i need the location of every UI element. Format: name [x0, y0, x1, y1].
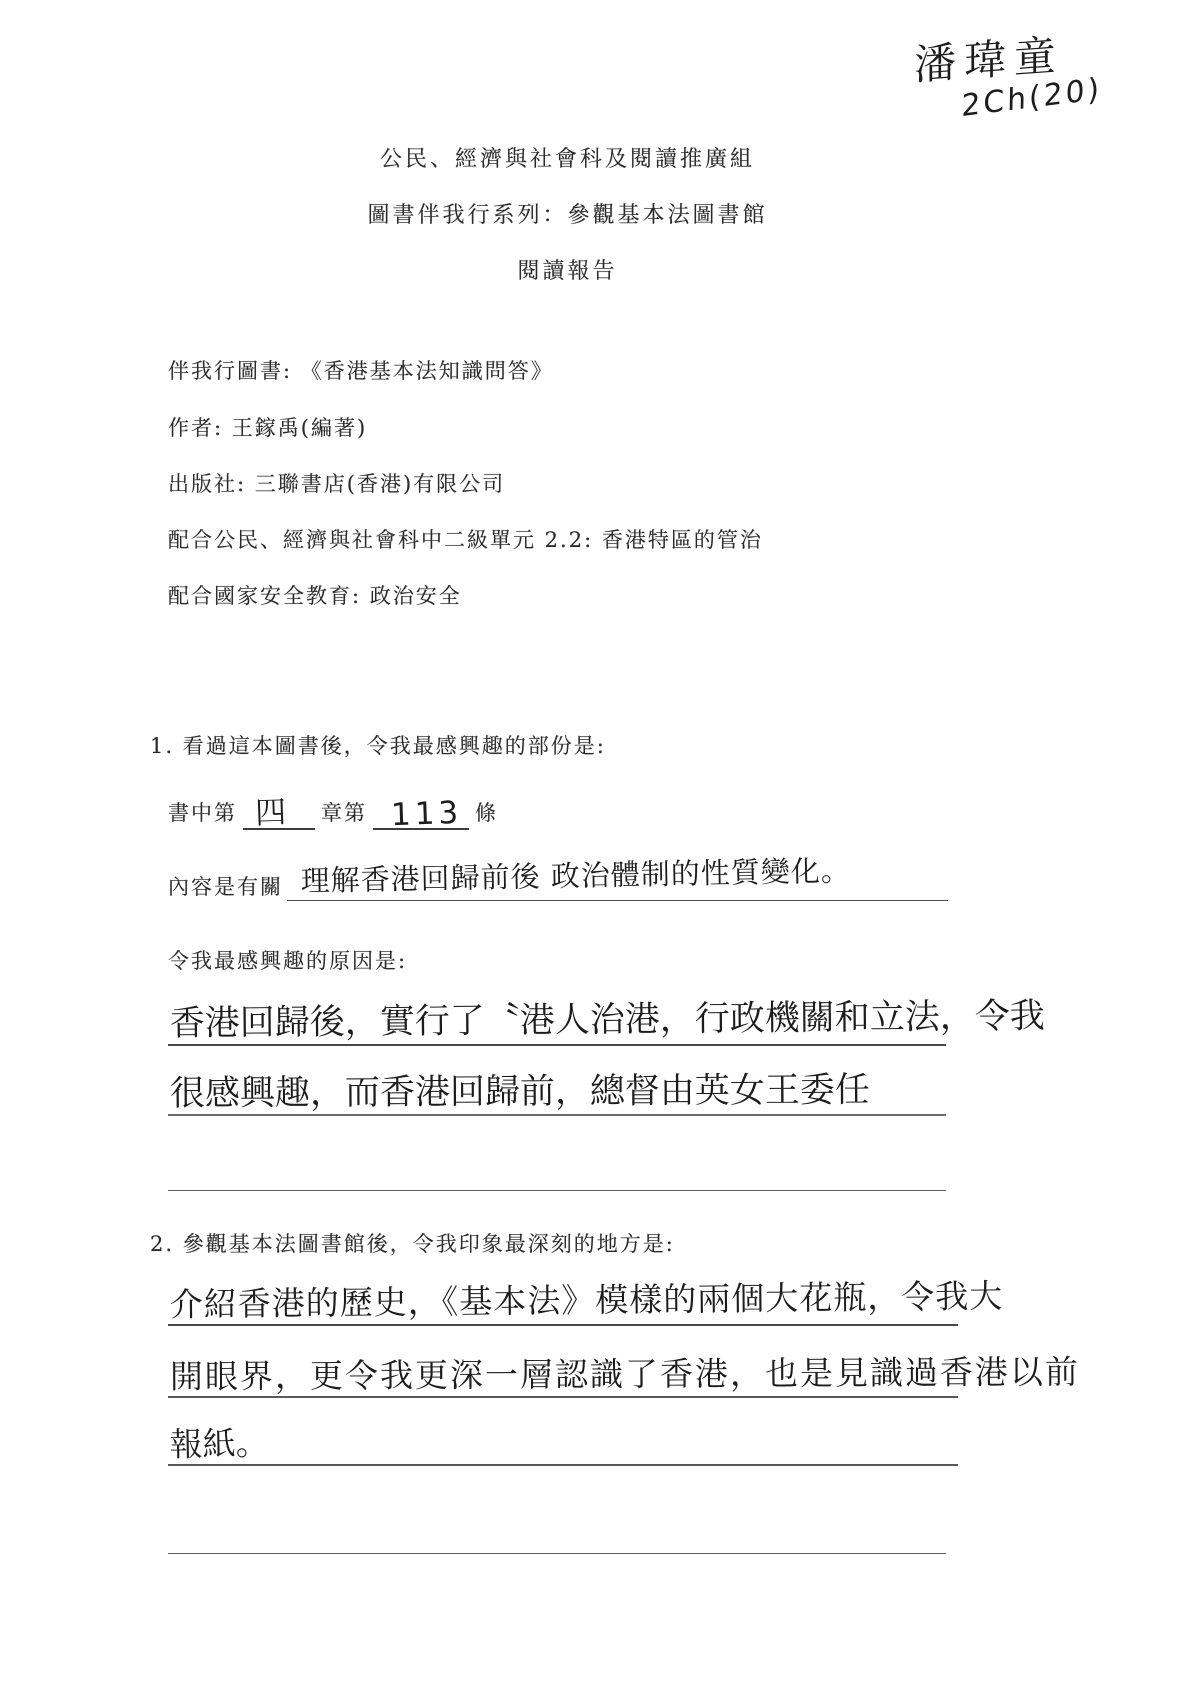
reason-handwriting-2: 很感興趣，而香港回歸前，總督由英女王委任 — [170, 1062, 870, 1116]
publisher-line: 出版社: 三聯書店(香港)有限公司 — [168, 468, 505, 498]
book-title-line: 伴我行圖書: 《香港基本法知識問答》 — [168, 355, 554, 385]
chapter-handwritten-value: 四 — [254, 786, 287, 832]
curriculum-unit-line: 配合公民、經濟與社會科中二級單元 2.2: 香港特區的管治 — [168, 524, 763, 554]
content-label: 內容是有關 — [168, 873, 283, 901]
q2-handwriting-1: 介紹香港的歷史，《基本法》模樣的兩個大花瓶，令我大 — [170, 1270, 1004, 1326]
reason-answer-line-1: 香港回歸後，實行了〝港人治港，行政機關和立法，令我 — [168, 992, 946, 1046]
header-department-line: 公民、經濟與社會科及閱讀推廣組 — [0, 142, 1135, 173]
article-blank-field: 113 — [373, 788, 469, 830]
chapter-label-mid: 章第 — [321, 796, 367, 830]
question-2-prompt: 2. 參觀基本法圖書館後，令我印象最深刻的地方是: — [150, 1228, 675, 1258]
empty-answer-rule-1 — [168, 1190, 946, 1191]
author-line: 作者: 王鎵禹(編著) — [168, 412, 367, 442]
scanned-reading-report-page: 潘瑋童 2Ch(20) 公民、經濟與社會科及閱讀推廣組 圖書伴我行系列：參觀基本… — [0, 0, 1202, 1700]
page-title-reading-report: 閱讀報告 — [0, 254, 1135, 285]
empty-answer-rule-2 — [168, 1553, 946, 1554]
header-series-line: 圖書伴我行系列：參觀基本法圖書館 — [0, 198, 1135, 229]
q2-answer-line-3: 報紙。 — [168, 1408, 958, 1466]
content-blank-field: 理解香港回歸前後 政治體制的性質變化。 — [287, 848, 948, 901]
question-1-prompt: 1. 看過這本圖書後，令我最感興趣的部份是: — [150, 730, 606, 760]
reason-answer-line-2: 很感興趣，而香港回歸前，總督由英女王委任 — [168, 1060, 946, 1116]
chapter-blank-field: 四 — [243, 788, 315, 830]
reason-label: 令我最感興趣的原因是: — [168, 945, 407, 975]
q2-handwriting-2: 開眼界，更令我更深一層認識了香港，也是見識過香港以前 — [170, 1346, 1080, 1398]
chapter-article-row: 書中第 四 章第 113 條 — [168, 788, 498, 830]
reason-handwriting-1: 香港回歸後，實行了〝港人治港，行政機關和立法，令我 — [170, 988, 1045, 1046]
article-handwritten-value: 113 — [390, 795, 462, 833]
q2-handwriting-3: 報紙。 — [169, 1417, 269, 1466]
national-security-education-line: 配合國家安全教育: 政治安全 — [168, 580, 462, 610]
student-signature-block: 潘瑋童 2Ch(20) — [912, 20, 1104, 124]
q2-answer-line-2: 開眼界，更令我更深一層認識了香港，也是見識過香港以前 — [168, 1338, 958, 1398]
chapter-label-post: 條 — [475, 796, 498, 830]
chapter-label-pre: 書中第 — [168, 796, 237, 830]
content-about-row: 內容是有關 理解香港回歸前後 政治體制的性質變化。 — [168, 848, 948, 901]
content-handwritten-answer: 理解香港回歸前後 政治體制的性質變化。 — [300, 848, 851, 900]
q2-answer-line-1: 介紹香港的歷史，《基本法》模樣的兩個大花瓶，令我大 — [168, 1266, 958, 1326]
